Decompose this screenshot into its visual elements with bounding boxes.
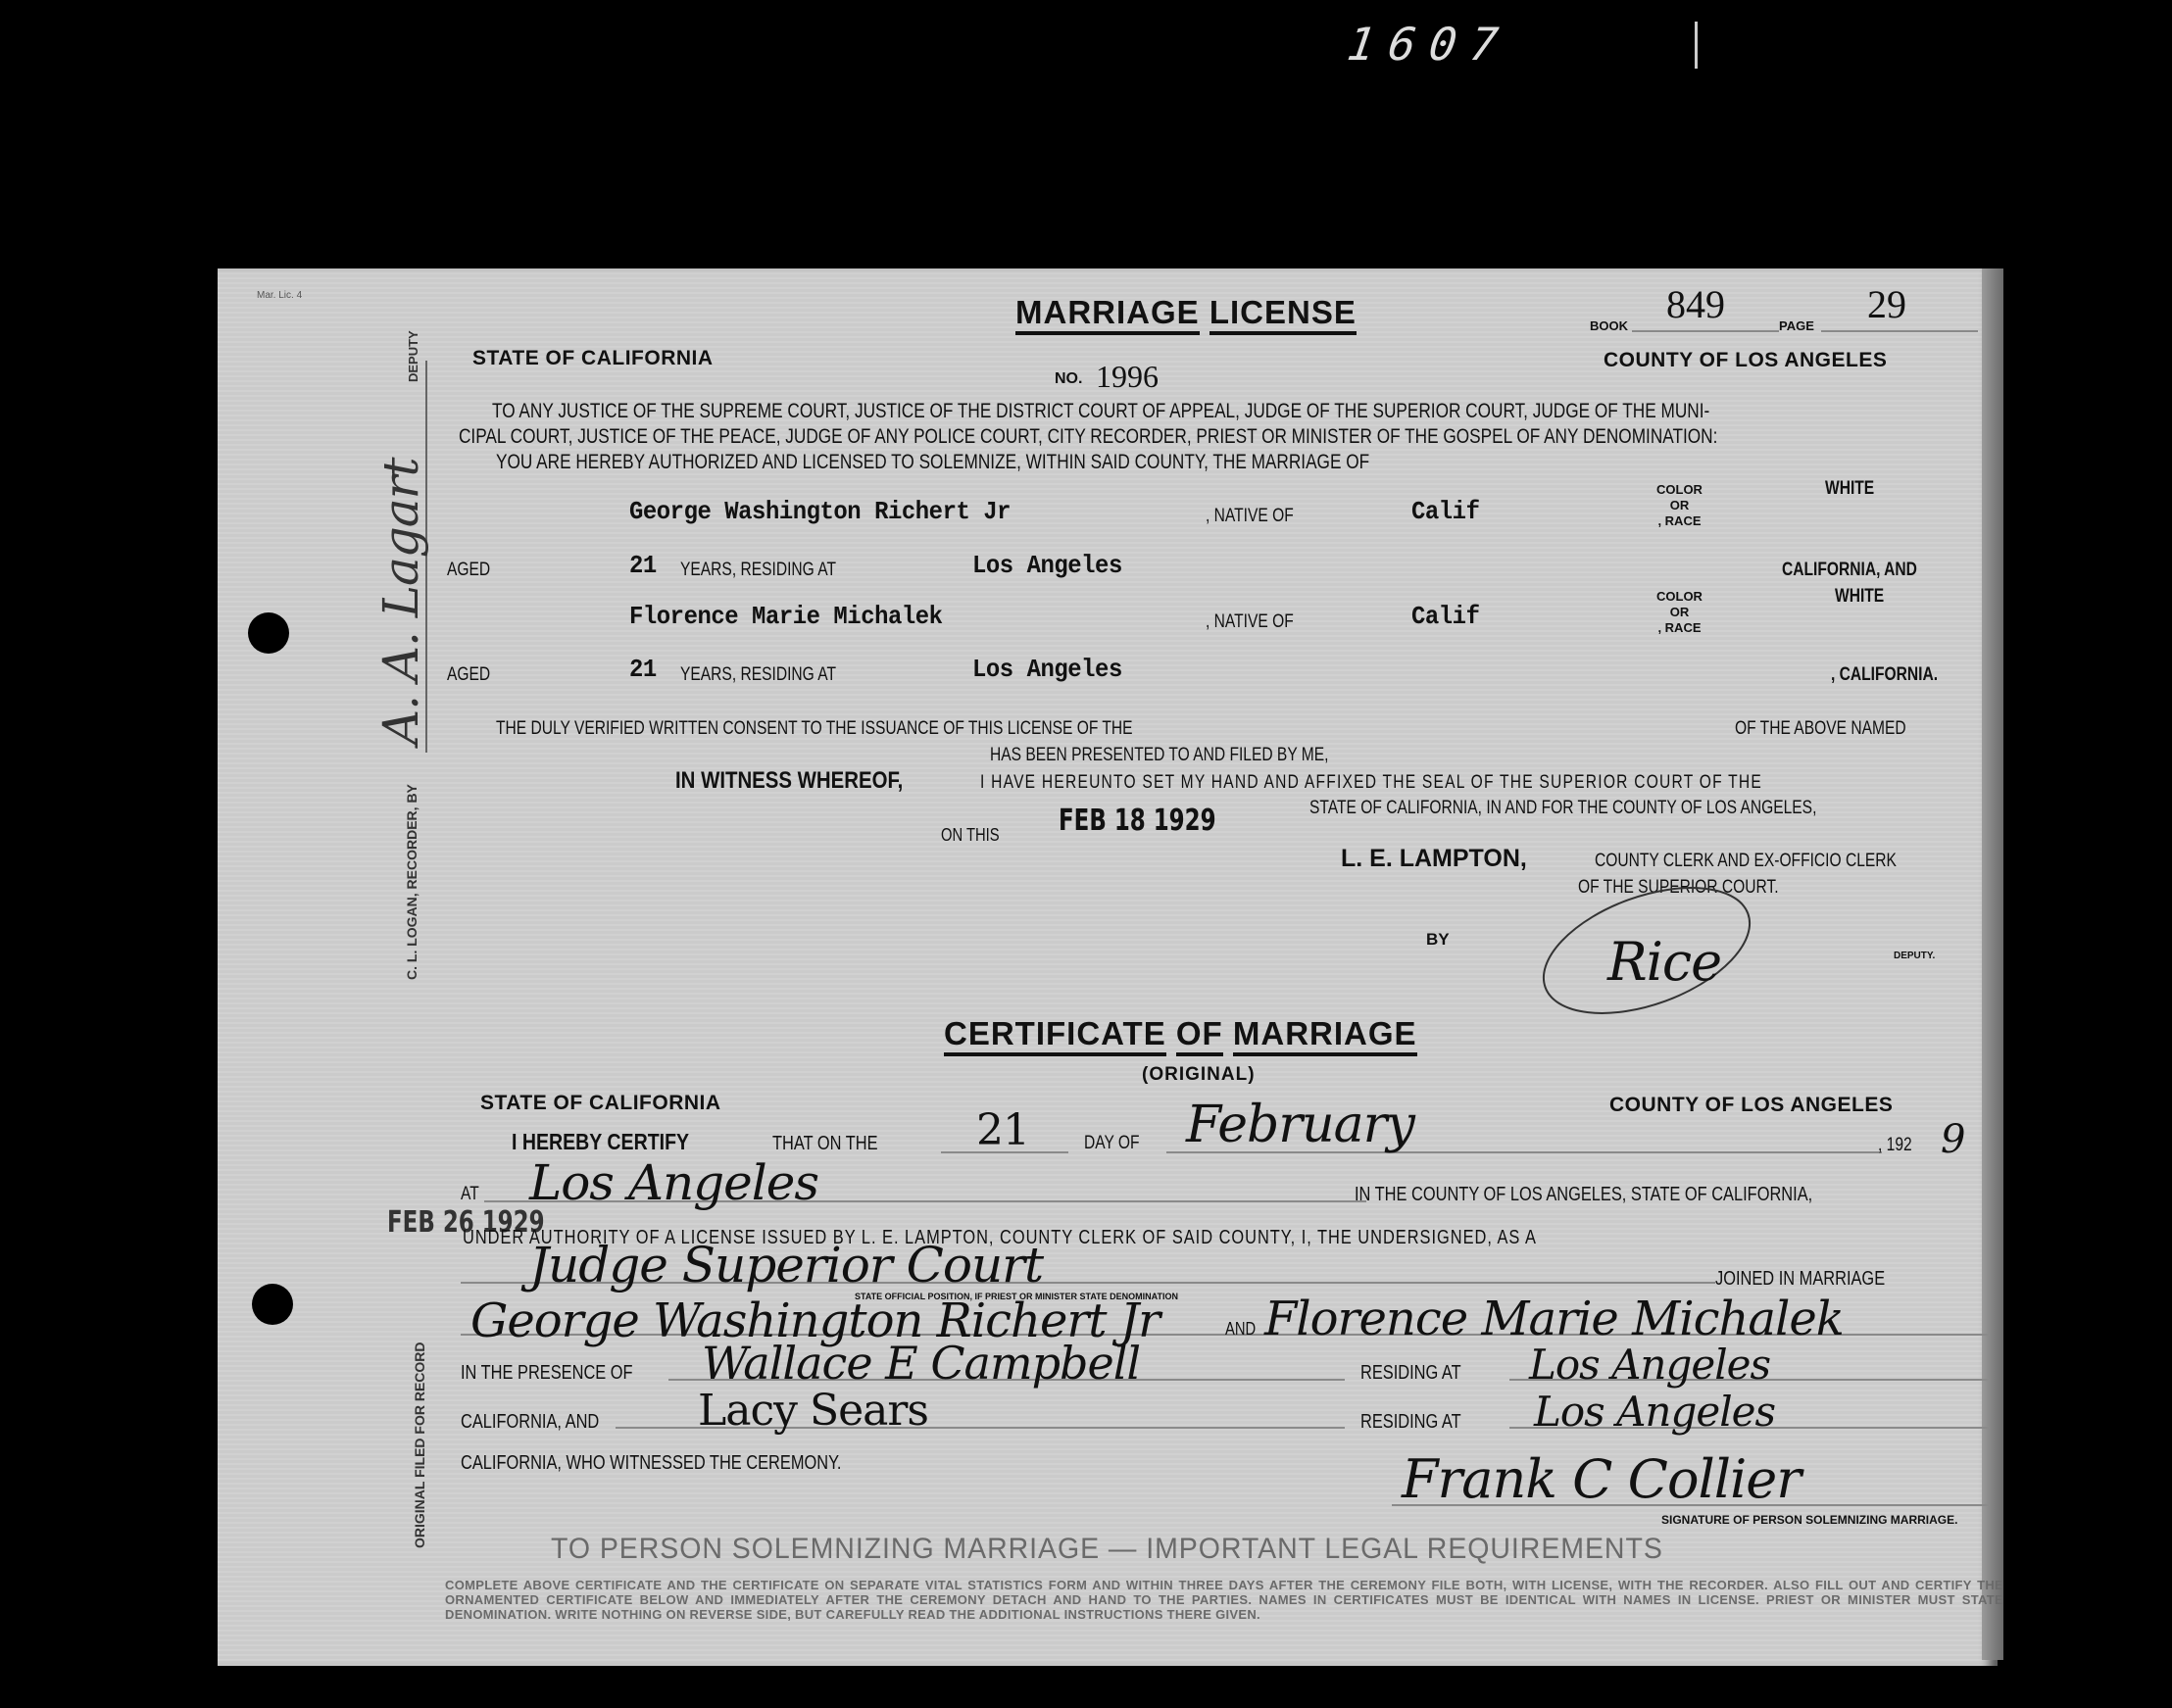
certificate-place: Los Angeles xyxy=(529,1154,818,1211)
certificate-title-word3: MARRIAGE xyxy=(1233,1015,1417,1056)
consent-line1-right: OF THE ABOVE NAMED xyxy=(1735,718,1906,740)
page-line xyxy=(1821,330,1978,332)
groom-name: George Washington Richert Jr xyxy=(629,497,1011,526)
recorder-label: C. L. LOGAN, RECORDER, BY xyxy=(404,784,420,980)
witness2-residing-label: RESIDING AT xyxy=(1360,1411,1461,1434)
witnessed-label: CALIFORNIA, WHO WITNESSED THE CEREMONY. xyxy=(461,1452,841,1475)
witness1-name: Wallace E Campbell xyxy=(702,1337,1140,1390)
groom-native-of: Calif xyxy=(1411,497,1479,526)
book-line xyxy=(1632,330,1779,332)
consent-line2: HAS BEEN PRESENTED TO AND FILED BY ME, xyxy=(990,745,1328,766)
license-state: STATE OF CALIFORNIA xyxy=(472,347,714,370)
groom-race: WHITE xyxy=(1825,478,1874,500)
groom-residence: Los Angeles xyxy=(972,551,1122,580)
license-title-word2: LICENSE xyxy=(1209,294,1357,335)
on-this-label: ON THIS xyxy=(941,825,1000,846)
deputy-label: DEPUTY. xyxy=(1894,951,1935,961)
color-label: COLOR xyxy=(1656,589,1703,605)
witness-whereof-text2: STATE OF CALIFORNIA, IN AND FOR THE COUN… xyxy=(1309,798,1816,819)
officiant-signature: Frank C Collier xyxy=(1402,1448,1801,1510)
bride-years-label: YEARS, RESIDING AT xyxy=(680,664,836,686)
certificate-bride-name: Florence Marie Michalek xyxy=(1264,1292,1844,1346)
certificate-county: COUNTY OF LOS ANGELES xyxy=(1609,1094,1893,1117)
color-label: COLOR xyxy=(1656,482,1703,498)
bride-color-race-label: COLOR OR , RACE xyxy=(1656,589,1703,636)
witness-whereof-label: IN WITNESS WHEREOF, xyxy=(675,767,903,795)
year-prefix: , 192 xyxy=(1878,1135,1912,1156)
witness2-name: Lacy Sears xyxy=(698,1386,928,1436)
groom-native-label: , NATIVE OF xyxy=(1206,506,1294,527)
groom-age: 21 xyxy=(629,551,657,580)
bride-native-of: Calif xyxy=(1411,602,1479,631)
certificate-title-word2: OF xyxy=(1176,1015,1223,1056)
form-code: Mar. Lic. 4 xyxy=(257,290,302,301)
license-address-line2: CIPAL COURT, JUSTICE OF THE PEACE, JUDGE… xyxy=(459,425,1717,449)
certificate-subtitle: (ORIGINAL) xyxy=(1142,1064,1256,1086)
witness2-residence: Los Angeles xyxy=(1534,1388,1775,1436)
bride-aged-label: AGED xyxy=(447,664,490,686)
at-label: AT xyxy=(461,1184,479,1205)
paper-edge xyxy=(1982,268,2003,1660)
footer-instructions: COMPLETE ABOVE CERTIFICATE AND THE CERTI… xyxy=(445,1578,2003,1622)
issue-date-stamp: FEB 18 1929 xyxy=(1059,804,1216,838)
witness-whereof-text: I HAVE HEREUNTO SET MY HAND AND AFFIXED … xyxy=(980,772,1762,794)
recorder-text: C. L. LOGAN, RECORDER, BY xyxy=(404,784,420,980)
license-no-label: NO. xyxy=(1055,370,1082,388)
certificate-year-digit: 9 xyxy=(1941,1117,1964,1162)
certify-label: I HEREBY CERTIFY xyxy=(512,1129,689,1155)
official-position: Judge Superior Court xyxy=(529,1237,1043,1293)
book-label: BOOK xyxy=(1590,318,1628,333)
bride-state-suffix: , CALIFORNIA. xyxy=(1831,664,1938,686)
license-address-line3: YOU ARE HEREBY AUTHORIZED AND LICENSED T… xyxy=(496,451,1369,474)
license-number: 1996 xyxy=(1096,359,1159,395)
groom-years-label: YEARS, RESIDING AT xyxy=(680,560,836,581)
footer-heading: TO PERSON SOLEMNIZING MARRIAGE — IMPORTA… xyxy=(551,1533,1663,1566)
recorder-deputy-signature: A. A. Lagart xyxy=(372,458,429,745)
witness1-residing-label: RESIDING AT xyxy=(1360,1362,1461,1385)
certify-text: THAT ON THE xyxy=(772,1133,878,1155)
clerk-name: L. E. LAMPTON, xyxy=(1341,845,1527,873)
bride-race: WHITE xyxy=(1835,586,1884,608)
california-and-label: CALIFORNIA, AND xyxy=(461,1411,599,1434)
or-label: OR xyxy=(1656,498,1703,513)
bride-native-label: , NATIVE OF xyxy=(1206,611,1294,633)
certificate-title-word1: CERTIFICATE xyxy=(944,1015,1166,1056)
race-label: , RACE xyxy=(1656,513,1703,529)
license-title-word1: MARRIAGE xyxy=(1015,294,1200,335)
license-title: MARRIAGE LICENSE xyxy=(1015,294,1357,331)
groom-color-race-label: COLOR OR , RACE xyxy=(1656,482,1703,529)
certificate-state: STATE OF CALIFORNIA xyxy=(480,1092,721,1115)
certificate-title: CERTIFICATE OF MARRIAGE xyxy=(944,1015,1417,1052)
recorder-deputy-label: DEPUTY xyxy=(406,330,420,382)
race-label: , RACE xyxy=(1656,620,1703,636)
bride-age: 21 xyxy=(629,655,657,684)
filed-for-record-label: ORIGINAL FILED FOR RECORD xyxy=(412,1342,427,1548)
punch-hole-bottom xyxy=(252,1284,293,1325)
certificate-day: 21 xyxy=(976,1105,1029,1155)
bride-residence: Los Angeles xyxy=(972,655,1122,684)
consent-line1-left: THE DULY VERIFIED WRITTEN CONSENT TO THE… xyxy=(496,718,1133,740)
joined-label: JOINED IN MARRIAGE xyxy=(1715,1268,1885,1291)
book-value: 849 xyxy=(1666,281,1725,327)
certificate-month: February xyxy=(1186,1096,1414,1154)
film-frame-tick xyxy=(1695,22,1698,69)
film-frame-number: 1607 xyxy=(1344,18,1514,71)
bride-name: Florence Marie Michalek xyxy=(629,602,943,631)
page-value: 29 xyxy=(1867,281,1906,327)
clerk-title1: COUNTY CLERK AND EX-OFFICIO CLERK xyxy=(1595,851,1897,872)
by-label: BY xyxy=(1426,930,1450,950)
license-county: COUNTY OF LOS ANGELES xyxy=(1604,349,1887,372)
groom-state-suffix: CALIFORNIA, AND xyxy=(1782,560,1917,581)
day-of-label: DAY OF xyxy=(1084,1133,1140,1154)
punch-hole-top xyxy=(248,612,289,654)
or-label: OR xyxy=(1656,605,1703,620)
and-label: AND xyxy=(1225,1319,1256,1340)
license-address-line1: TO ANY JUSTICE OF THE SUPREME COURT, JUS… xyxy=(492,400,1709,423)
presence-label: IN THE PRESENCE OF xyxy=(461,1362,633,1385)
witness1-residence: Los Angeles xyxy=(1529,1341,1770,1389)
groom-aged-label: AGED xyxy=(447,560,490,581)
page-label: PAGE xyxy=(1779,318,1814,333)
signature-caption: SIGNATURE OF PERSON SOLEMNIZING MARRIAGE… xyxy=(1661,1513,1957,1527)
place-suffix: IN THE COUNTY OF LOS ANGELES, STATE OF C… xyxy=(1355,1184,1812,1206)
deputy-signature: Rice xyxy=(1607,931,1721,993)
